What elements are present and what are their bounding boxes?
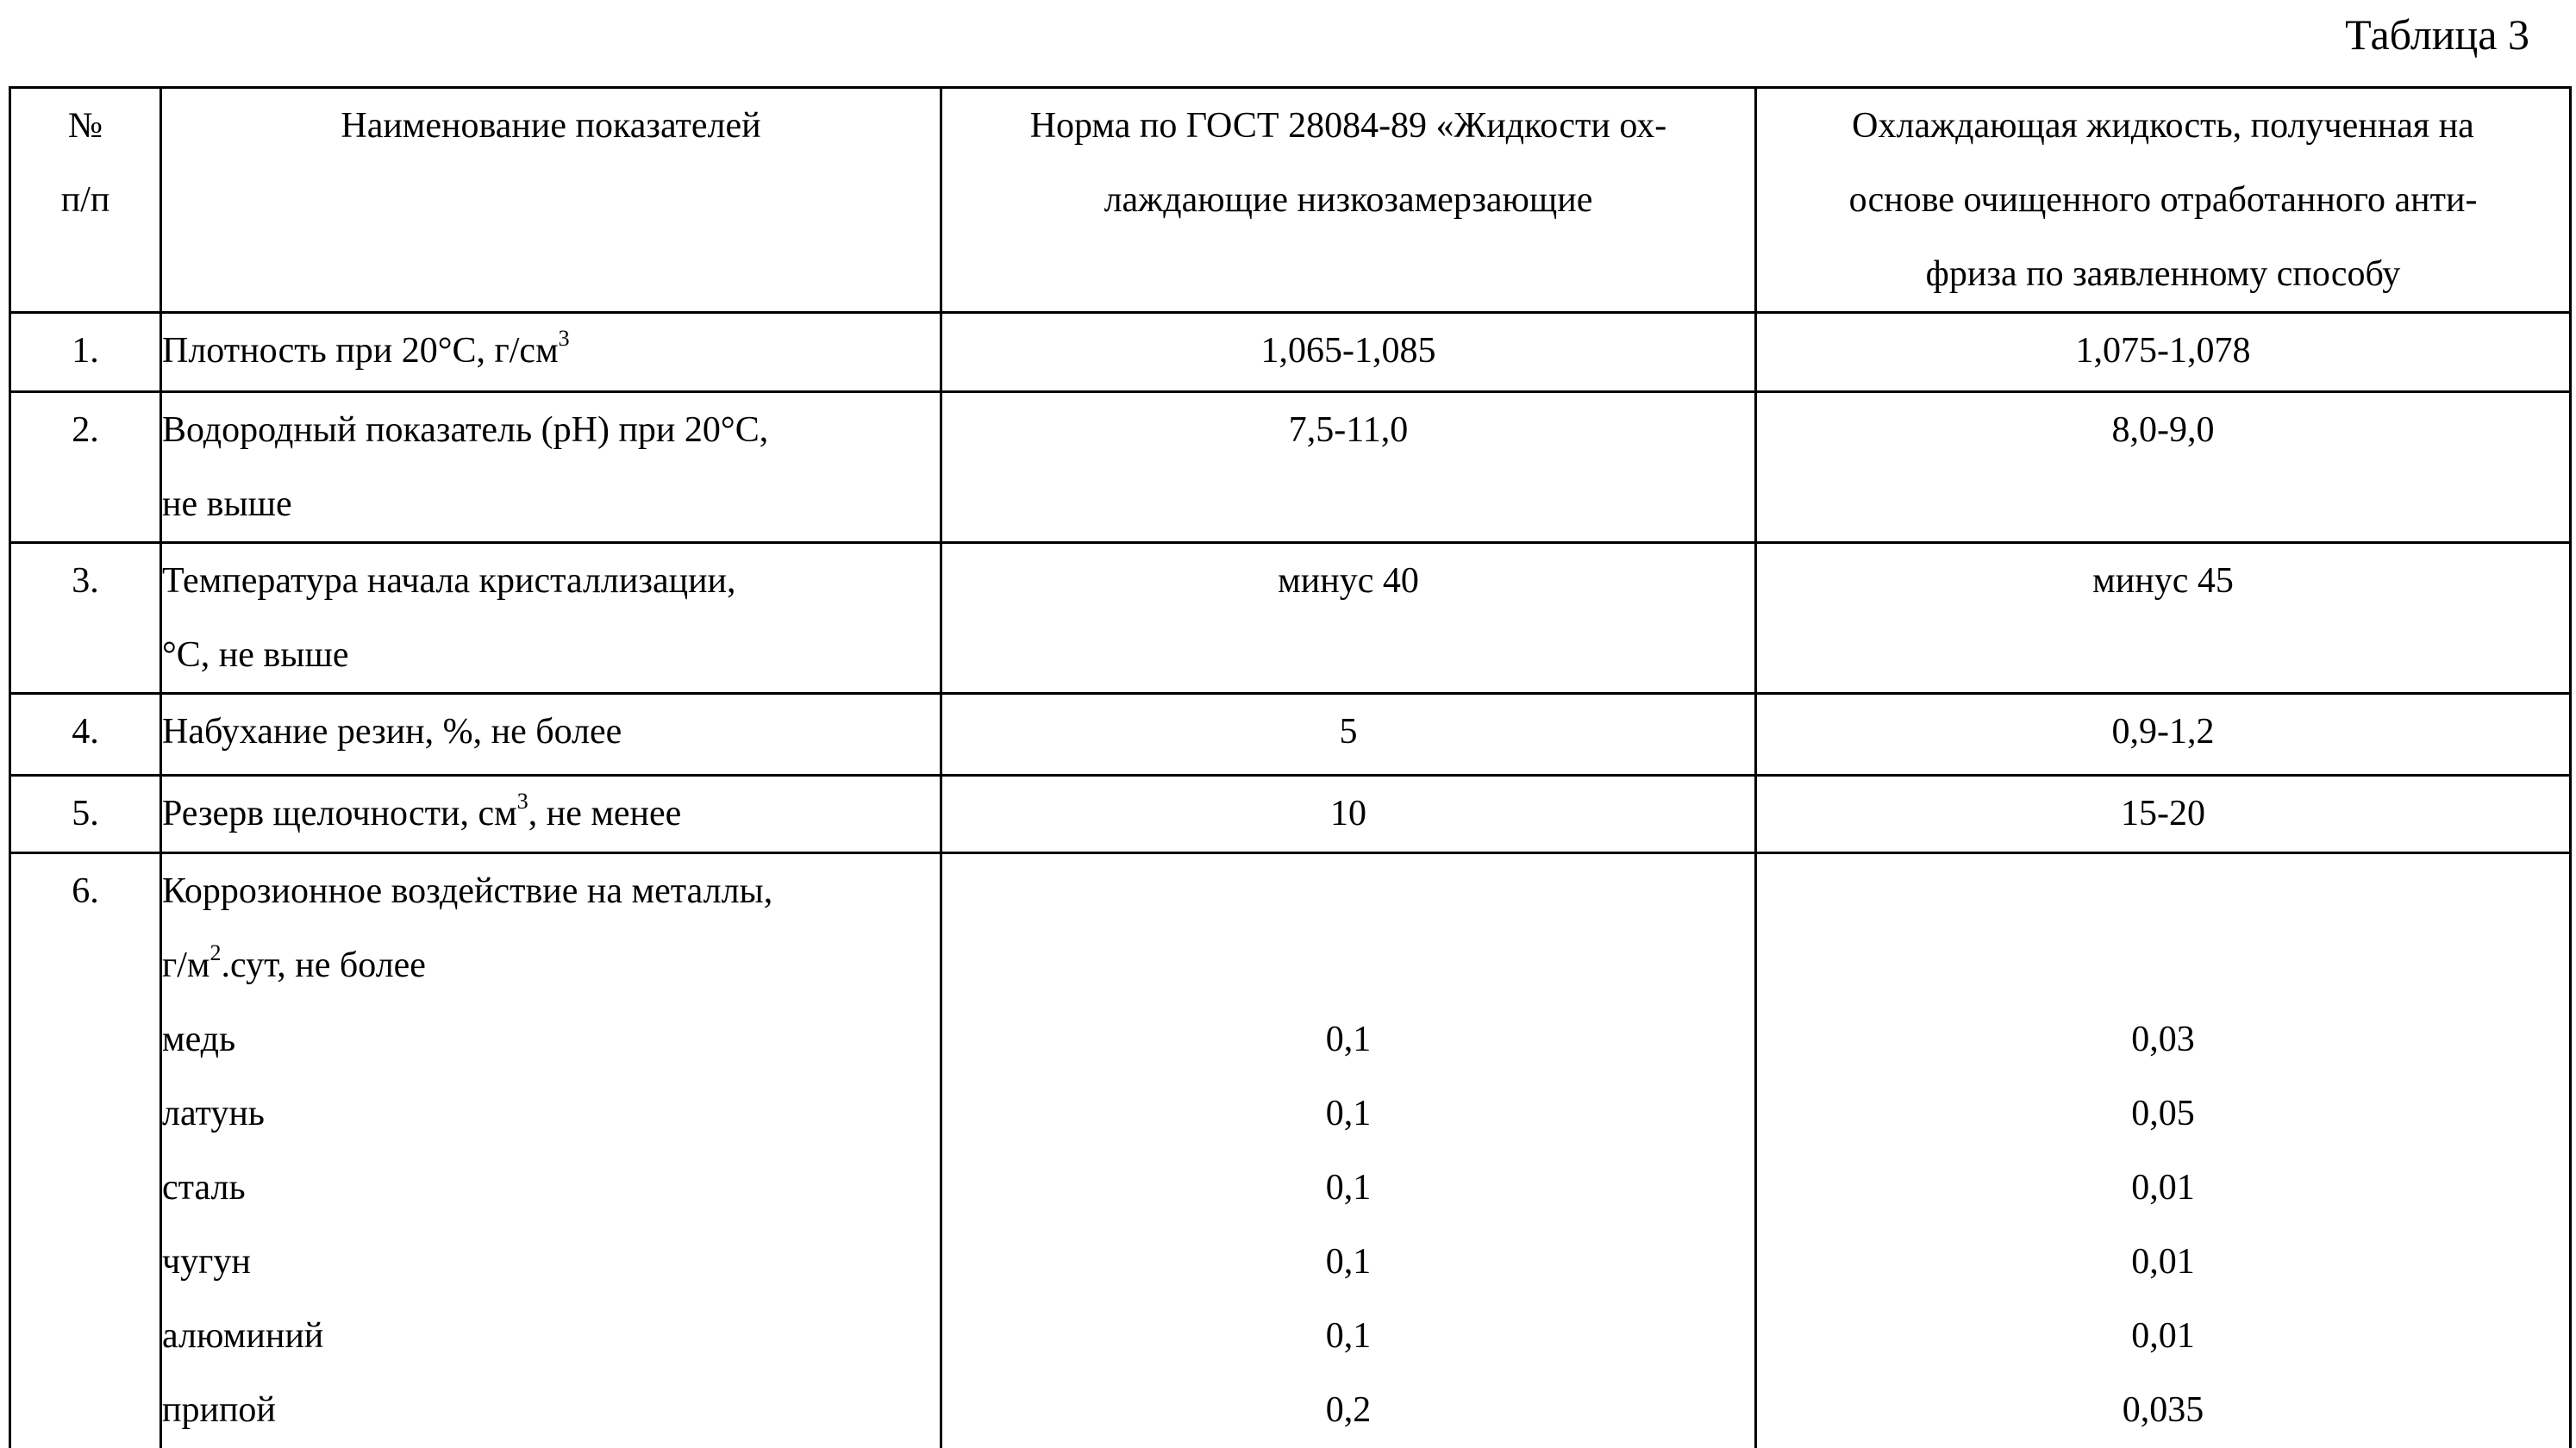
- row-name-line: Температура начала кристаллизации,: [162, 544, 940, 618]
- table-row: 4. Набухание резин, %, не более 5 0,9-1,…: [10, 694, 2571, 776]
- row-result-value: 1,075-1,078: [1756, 313, 2571, 392]
- header-number-line: №: [11, 89, 159, 163]
- row-number: 3.: [10, 543, 161, 694]
- header-number-line: п/п: [11, 163, 159, 237]
- table-row: 2. Водородный показатель (pH) при 20°С, …: [10, 392, 2571, 543]
- metal-name: алюминий: [162, 1299, 940, 1373]
- row-number: 2.: [10, 392, 161, 543]
- row-norm-value: 7,5-11,0: [941, 392, 1756, 543]
- metal-name: припой: [162, 1373, 940, 1447]
- row-result-value: 15-20: [1756, 776, 2571, 853]
- row-name: Коррозионное воздействие на металлы, г/м…: [161, 853, 941, 1448]
- metal-result-value: 0,035: [1757, 1373, 2569, 1447]
- metal-result-value: 0,01: [1757, 1151, 2569, 1225]
- row-name-line: не выше: [162, 467, 940, 541]
- row-name-text: Плотность при 20°С, г/см: [162, 331, 559, 371]
- row-result-value: минус 45: [1756, 543, 2571, 694]
- header-name: Наименование показателей: [161, 88, 941, 313]
- metal-name: латунь: [162, 1077, 940, 1151]
- row-number: 1.: [10, 313, 161, 392]
- row-name-text: , не менее: [528, 794, 682, 833]
- table-row: 5. Резерв щелочности, см3, не менее 10 1…: [10, 776, 2571, 853]
- metal-result-value: 0,01: [1757, 1225, 2569, 1299]
- row-name-text: Резерв щелочности, см: [162, 794, 517, 833]
- superscript: 3: [559, 326, 570, 351]
- metal-result-value: 0,05: [1757, 1077, 2569, 1151]
- metal-name: сталь: [162, 1151, 940, 1225]
- header-result-line: основе очищенного отработанного анти-: [1757, 163, 2569, 237]
- row-result-value: 0,9-1,2: [1756, 694, 2571, 776]
- row-name-line: Коррозионное воздействие на металлы,: [162, 854, 940, 928]
- metal-norm-value: 0,2: [942, 1373, 1754, 1447]
- metal-result-value: 0,03: [1757, 1002, 2569, 1077]
- header-result: Охлаждающая жидкость, полученная на осно…: [1756, 88, 2571, 313]
- row-name: Плотность при 20°С, г/см3: [161, 313, 941, 392]
- row-name: Набухание резин, %, не более: [161, 694, 941, 776]
- table-row: 1. Плотность при 20°С, г/см3 1,065-1,085…: [10, 313, 2571, 392]
- header-norm-line: лаждающие низкозамерзающие: [942, 163, 1754, 237]
- metal-name: медь: [162, 1002, 940, 1077]
- metal-norm-value: 0,1: [942, 1299, 1754, 1373]
- row-norm-values: 0,1 0,1 0,1 0,1 0,1 0,2: [941, 853, 1756, 1448]
- metal-norm-value: 0,1: [942, 1151, 1754, 1225]
- superscript: 3: [517, 789, 528, 814]
- spacer: [1757, 854, 2569, 1002]
- row-name-line: °С, не выше: [162, 618, 940, 692]
- row-norm-value: 1,065-1,085: [941, 313, 1756, 392]
- properties-table: № п/п Наименование показателей Норма по …: [9, 86, 2572, 1448]
- row-name-line: г/м2.сут, не более: [162, 928, 940, 1002]
- metal-norm-value: 0,1: [942, 1077, 1754, 1151]
- header-norm-line: Норма по ГОСТ 28084-89 «Жидкости ох-: [942, 89, 1754, 163]
- row-norm-value: 5: [941, 694, 1756, 776]
- row-name-line: Водородный показатель (pH) при 20°С,: [162, 393, 940, 467]
- metal-norm-value: 0,1: [942, 1002, 1754, 1077]
- row-name-text: г/м: [162, 946, 209, 985]
- metal-norm-value: 0,1: [942, 1225, 1754, 1299]
- row-number: 5.: [10, 776, 161, 853]
- header-result-line: фриза по заявленному способу: [1757, 237, 2569, 311]
- row-result-values: 0,03 0,05 0,01 0,01 0,01 0,035: [1756, 853, 2571, 1448]
- header-number: № п/п: [10, 88, 161, 313]
- table-header-row: № п/п Наименование показателей Норма по …: [10, 88, 2571, 313]
- metal-name: чугун: [162, 1225, 940, 1299]
- table-caption: Таблица 3: [2345, 7, 2529, 62]
- row-name: Температура начала кристаллизации, °С, н…: [161, 543, 941, 694]
- superscript: 2: [209, 940, 221, 965]
- metal-result-value: 0,01: [1757, 1299, 2569, 1373]
- row-name: Резерв щелочности, см3, не менее: [161, 776, 941, 853]
- row-name-text: .сут, не более: [221, 946, 425, 985]
- spacer: [942, 854, 1754, 1002]
- row-norm-value: минус 40: [941, 543, 1756, 694]
- row-number: 4.: [10, 694, 161, 776]
- row-number: 6.: [10, 853, 161, 1448]
- header-norm: Норма по ГОСТ 28084-89 «Жидкости ох- лаж…: [941, 88, 1756, 313]
- row-result-value: 8,0-9,0: [1756, 392, 2571, 543]
- header-name-text: Наименование показателей: [162, 89, 940, 163]
- table-row: 6. Коррозионное воздействие на металлы, …: [10, 853, 2571, 1448]
- table-row: 3. Температура начала кристаллизации, °С…: [10, 543, 2571, 694]
- row-norm-value: 10: [941, 776, 1756, 853]
- header-result-line: Охлаждающая жидкость, полученная на: [1757, 89, 2569, 163]
- row-name: Водородный показатель (pH) при 20°С, не …: [161, 392, 941, 543]
